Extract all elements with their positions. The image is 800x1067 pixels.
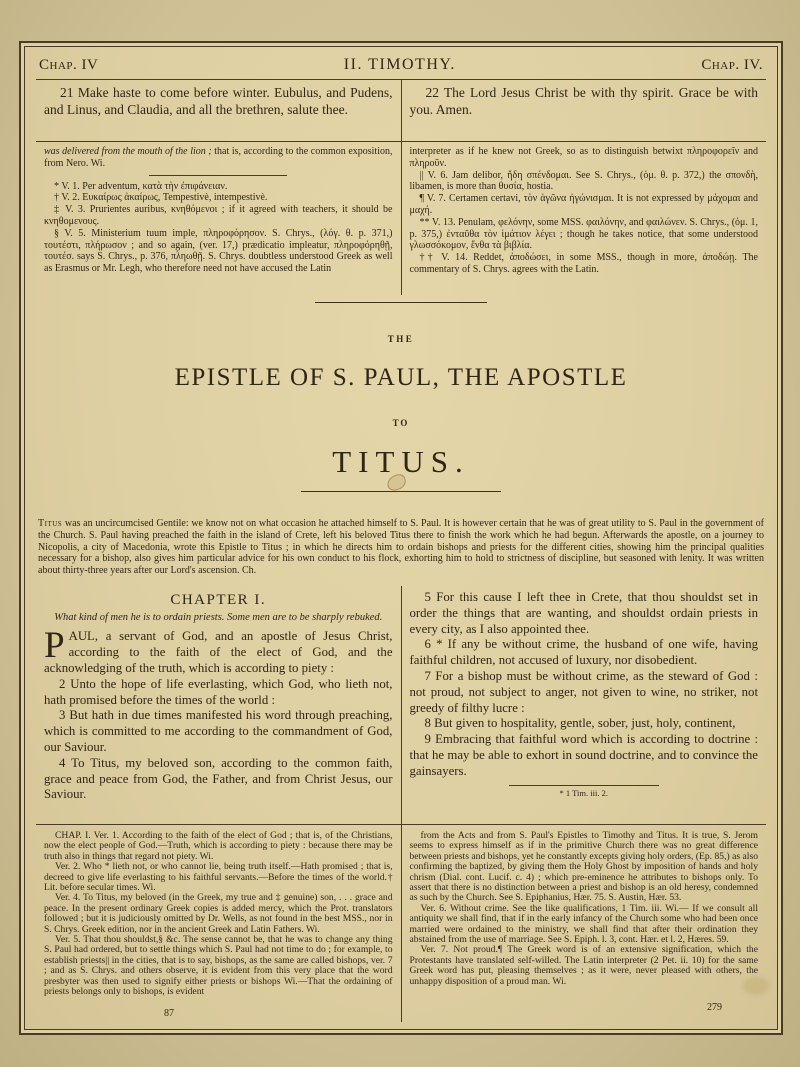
bible-verse-7: 7 For a bishop must be without crime, as… — [410, 669, 759, 716]
footnotes-left-column: was delivered from the mouth of the lion… — [36, 142, 401, 295]
bible-verse-3: 3 But hath in due times manifested his w… — [44, 708, 393, 755]
commentary-paragraph: Ver. 2. Who * lieth not, or who cannot l… — [44, 862, 393, 893]
page-border-outer: Chap. IV II. TIMOTHY. Chap. IV. 21 Make … — [19, 41, 783, 1035]
timothy-verses-section: 21 Make haste to come before winter. Eub… — [36, 80, 766, 141]
book-introduction: Titus was an uncircumcised Gentile: we k… — [38, 518, 764, 577]
running-head: Chap. IV II. TIMOTHY. Chap. IV. — [36, 47, 766, 79]
epistle-title: EPISTLE OF S. PAUL, THE APOSTLE — [36, 364, 766, 392]
chapter-left-column: CHAPTER I. What kind of men he is to ord… — [36, 586, 401, 824]
timothy-right-column: 22 The Lord Jesus Christ be with thy spi… — [402, 80, 767, 141]
footnote-note: || V. 6. Jam delibor, ἤδη σπένδομαι. See… — [410, 170, 759, 194]
footnote-note: †† V. 14. Reddet, ἀποδώσει, in some MSS.… — [410, 252, 759, 276]
title-rule — [301, 491, 501, 492]
chapter-section: CHAPTER I. What kind of men he is to ord… — [36, 586, 766, 824]
commentary-paragraph: Ver. 4. To Titus, my beloved (in the Gre… — [44, 893, 393, 935]
footnote-note: § V. 5. Ministerium tuum imple, πληροφόρ… — [44, 228, 393, 275]
commentary-paragraph: Ver. 7. Not proud.¶ The Greek word is of… — [410, 945, 759, 987]
verse-22: 22 The Lord Jesus Christ be with thy spi… — [410, 84, 759, 118]
section-end-rule — [315, 302, 487, 303]
commentary-right-column: from the Acts and from S. Paul's Epistle… — [402, 825, 767, 1022]
running-head-right: Chap. IV. — [701, 57, 763, 74]
commentary-left-column: CHAP. I. Ver. 1. According to the faith … — [36, 825, 401, 1022]
footnote-note: * V. 1. Per adventum, κατὰ τὴν ἐπιφάνεια… — [44, 181, 393, 193]
chapter-argument: What kind of men he is to ordain priests… — [54, 612, 383, 625]
timothy-left-column: 21 Make haste to come before winter. Eub… — [36, 80, 401, 141]
running-head-title: II. TIMOTHY. — [344, 56, 456, 74]
bible-verse-6: 6 * If any be without crime, the husband… — [410, 637, 759, 669]
commentary-paragraph: from the Acts and from S. Paul's Epistle… — [410, 831, 759, 904]
footnote-lead-italic: was delivered from the mouth of the lion… — [44, 146, 212, 157]
page-border-inner: Chap. IV II. TIMOTHY. Chap. IV. 21 Make … — [24, 46, 778, 1030]
bible-verse-2: 2 Unto the hope of life everlasting, whi… — [44, 677, 393, 709]
footnote-note: † V. 2. Ευκαίρως ἀκαίρως, Tempestivè, in… — [44, 192, 393, 204]
footnote-note: ¶ V. 7. Certamen certavi, τὸν ἀγῶνα ἠγών… — [410, 193, 759, 217]
commentary-paragraph: Ver. 5. That thou shouldst,§ &c. The sen… — [44, 935, 393, 997]
commentary-section: CHAP. I. Ver. 1. According to the faith … — [36, 825, 766, 1022]
verse-1-text: AUL, a servant of God, and an apostle of… — [44, 629, 393, 675]
running-head-left: Chap. IV — [39, 57, 98, 74]
verse-footnote-rule — [509, 785, 659, 786]
title-connector: TO — [36, 418, 766, 428]
bible-verse-9: 9 Embracing that faithful word which is … — [410, 732, 759, 779]
bible-verse-8: 8 But given to hospitality, gentle, sobe… — [410, 716, 759, 732]
drop-cap: P — [44, 629, 69, 660]
commentary-paragraph: Ver. 6. Without crime. See the like qual… — [410, 904, 759, 946]
scanned-page-background: Chap. IV II. TIMOTHY. Chap. IV. 21 Make … — [0, 0, 800, 1067]
page-number: 279 — [707, 1002, 722, 1013]
footnote-note: ‡ V. 3. Prurientes auribus, κνηθόμενοι ;… — [44, 204, 393, 228]
chapter-heading: CHAPTER I. — [44, 592, 393, 609]
footnote-separator-rule — [149, 175, 287, 176]
commentary-paragraph: CHAP. I. Ver. 1. According to the faith … — [44, 831, 393, 862]
bible-verse-1: PAUL, a servant of God, and an apostle o… — [44, 629, 393, 676]
timothy-footnotes-section: was delivered from the mouth of the lion… — [36, 142, 766, 295]
verse-footnote: * 1 Tim. iii. 2. — [410, 788, 759, 798]
introduction-text: was an uncircumcised Gentile: we know no… — [38, 518, 764, 576]
title-kicker: THE — [36, 334, 766, 344]
paper-stain — [743, 977, 769, 995]
signature-number: 87 — [164, 1008, 174, 1019]
footnote-note: ** V. 13. Penulam, φελόνην, some MSS. φα… — [410, 217, 759, 252]
footnote-continuation: was delivered from the mouth of the lion… — [44, 146, 393, 170]
verse-21: 21 Make haste to come before winter. Eub… — [44, 84, 393, 118]
bible-verse-5: 5 For this cause I left thee in Crete, t… — [410, 590, 759, 637]
chapter-right-column: 5 For this cause I left thee in Crete, t… — [402, 586, 767, 824]
footnote-continuation: interpreter as if he knew not Greek, so … — [410, 146, 759, 170]
bible-verse-4: 4 To Titus, my beloved son, according to… — [44, 756, 393, 803]
introduction-lead: Titus — [38, 518, 62, 529]
footnotes-right-column: interpreter as if he knew not Greek, so … — [402, 142, 767, 295]
